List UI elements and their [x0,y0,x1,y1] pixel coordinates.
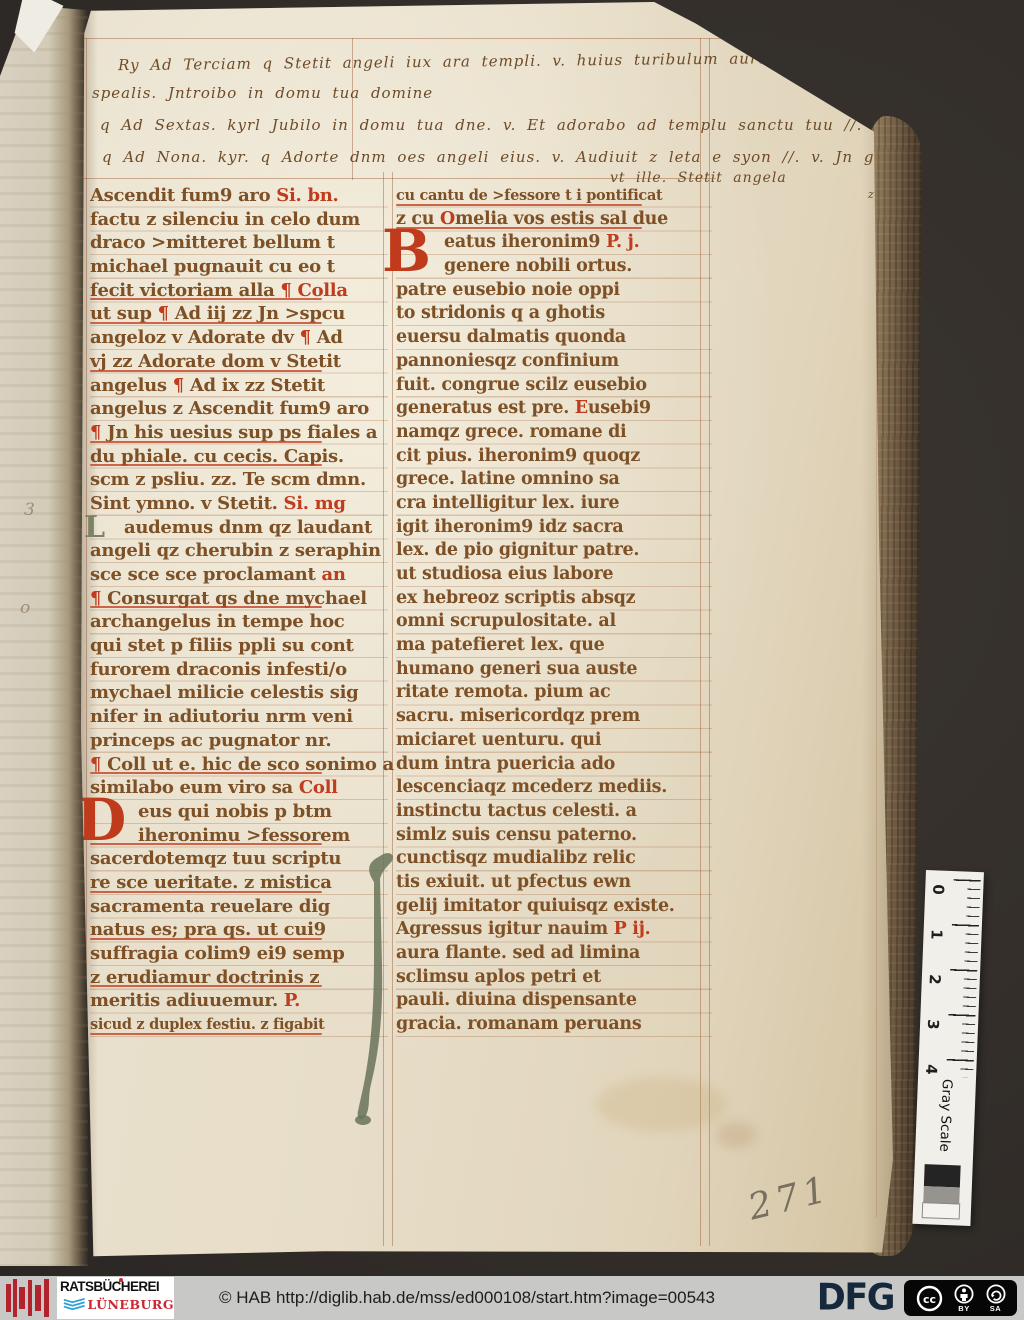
text-line: sacramenta reuelare dig [90,895,388,919]
text-line: genere nobili ortus. [396,255,712,279]
umlaut-red-dot [119,1278,123,1282]
text-line: natus es; pra qs. ut cui9 [90,918,388,942]
ruler-number: 1 [927,925,946,944]
text-line: cra intelligitur lex. iure [396,492,712,516]
facing-page-sliver [0,0,88,1266]
text-line: simlz suis censu paterno. [396,824,712,848]
gray-swatch [923,1203,960,1218]
text-line: dum intra puericia ado [396,753,712,777]
ruler-number: 0 [929,880,948,899]
gray-swatch [924,1164,961,1187]
ratsbuecherei-logo: RATSBÜCHEREI LÜNEBURG [57,1277,174,1319]
grayscale-reference-card: 01234 Gray Scale [912,870,984,1226]
text-line: ex hebreoz scriptis absqz [396,587,712,611]
text-line: nifer in adiutoriu nrm veni [90,705,388,729]
text-line: vj zz Adorate dom v Stetit [90,350,388,374]
text-line: namqz grece. romane di [396,421,712,445]
text-line: miciaret uenturu. qui [396,729,712,753]
text-line: scm z psliu. zz. Te scm dmn. [90,468,388,492]
text-line: Beatus iheronim9 P. j. [396,231,712,255]
text-line: ut studiosa eius labore [396,563,712,587]
text-line: similabo eum viro sa Coll [90,776,388,800]
cc-sa-icon: SA [986,1284,1006,1313]
text-line: Ascendit fum9 aro Si. bn. [90,184,388,208]
pen-flourish-descender-icon [352,848,398,1133]
text-line: angeloz v Adorate dv ¶ Ad [90,326,388,350]
ruler-number: 2 [925,970,944,989]
grayscale-swatches [923,1164,961,1218]
text-line: qui stet p filiis ppli su cont [90,634,388,658]
text-line: ritate remota. pium ac [396,681,712,705]
text-line: ¶ Coll ut e. hic de sco sonimo a [90,753,388,777]
text-line: instinctu tactus celesti. a [396,800,712,824]
text-column-left: Ascendit fum9 aro Si. bn.factu z silenci… [90,184,388,1037]
ruling-line [82,38,882,39]
text-line: angelus z Ascendit fum9 aro [90,397,388,421]
text-line: generatus est pre. Eusebi9 [396,397,712,421]
manuscript-page: Ry Ad Terciam q Stetit angeli iux ara te… [76,2,902,1260]
text-line: meritis adiuuemur. P. [90,989,388,1013]
text-line: sce sce sce proclamant an [90,563,388,587]
text-line: princeps ac pugnator nr. [90,729,388,753]
text-line: pauli. diuina dispensante [396,989,712,1013]
text-line: angeli qz cherubin z seraphin [90,539,388,563]
digitized-manuscript-photo: Ry Ad Terciam q Stetit angeli iux ara te… [0,0,1024,1320]
text-line: tis exiuit. ut pfectus ewn [396,871,712,895]
header-line: Ry Ad Terciam q Stetit angeli iux ara te… [118,48,911,74]
text-line: fecit victoriam alla ¶ Colla [90,279,388,303]
text-line: grece. latine omnino sa [396,468,712,492]
grayscale-label: Gray Scale [936,1079,955,1152]
text-line: draco >mitteret bellum t [90,231,388,255]
ruler-number: 3 [924,1015,943,1034]
text-line: igit iheronim9 idz sacra [396,516,712,540]
text-line: ut sup ¶ Ad iij zz Jn >spcu [90,302,388,326]
illuminated-initial: L [84,513,105,543]
text-line: to stridonis q a ghotis [396,302,712,326]
text-line: aura flante. sed ad limina [396,942,712,966]
text-line: archangelus in tempe hoc [90,610,388,634]
text-line: ma patefieret lex. que [396,634,712,658]
text-line: lescenciaqz mcederz mediis. [396,776,712,800]
text-line: Deus qui nobis p btm [90,800,388,824]
text-line: michael pugnauit cu eo t [90,255,388,279]
text-line: sicud z duplex festiu. z figabit [90,1013,388,1037]
text-line: gracia. romanam peruans [396,1013,712,1037]
text-line: Agressus igitur nauim P ij. [396,918,712,942]
text-line: angelus ¶ Ad ix zz Stetit [90,374,388,398]
text-line: patre eusebio noie oppi [396,279,712,303]
cc-icon: cc [916,1285,943,1312]
text-line: z cu Omelia vos estis sal due [396,208,712,232]
header-line: spealis. Jntroibo in domu tua domine [92,84,433,102]
text-line: humano generi sua auste [396,658,712,682]
text-line: iheronimu >fessorem [90,824,388,848]
text-line: ¶ Jn his uesius sup ps fiales a [90,421,388,445]
text-line: sacerdotemqz tuu scriptu [90,847,388,871]
text-line: euersu dalmatis quonda [396,326,712,350]
svg-text:cc: cc [922,1293,935,1306]
parchment-stain [716,1122,756,1148]
text-line: Laudemus dnm qz laudant [90,516,388,540]
cc-license-badge: cc BY SA [904,1280,1017,1316]
text-line: sacru. misericordqz prem [396,705,712,729]
text-line: furorem draconis infesti/o [90,658,388,682]
organ-pipes-icon [5,1278,55,1318]
text-line: suffragia colim9 ei9 semp [90,942,388,966]
text-line: du phiale. cu cecis. Capis. [90,445,388,469]
text-line: cu cantu de >fessore t i pontificat [396,184,712,208]
text-line: omni scrupulositate. al [396,610,712,634]
open-book-icon [63,1295,86,1313]
margin-pen-mark: 3 [24,500,35,520]
liturgical-header: Ry Ad Terciam q Stetit angeli iux ara te… [90,46,890,196]
library-name: RATSBÜCHEREI [57,1277,174,1294]
ruler-major-ticks [946,879,981,1079]
text-line: gelij imitator quiuisqz existe. [396,895,712,919]
text-line: ¶ Consurgat qs dne mychael [90,587,388,611]
text-line: re sce ueritate. z mistica [90,871,388,895]
text-line: sclimsu aplos petri et [396,966,712,990]
attribution-text: © HAB http://diglib.hab.de/mss/ed000108/… [190,1276,744,1320]
margin-pen-mark: o [20,598,30,618]
text-line: factu z silenciu in celo dum [90,208,388,232]
footer-bar: RATSBÜCHEREI LÜNEBURG © HAB http://digli… [0,1276,1024,1320]
folio-number-pencil: 271 [744,1168,835,1228]
text-column-right: cu cantu de >fessore t i pontificatz cu … [396,184,712,1037]
text-line: z erudiamur doctrinis z [90,966,388,990]
text-line: cunctisqz mudialibz relic [396,847,712,871]
ruler-numbers: 01234 [926,870,984,872]
gray-swatch [923,1186,960,1204]
text-line: lex. de pio gignitur patre. [396,539,712,563]
text-line: fuit. congrue scilz eusebio [396,374,712,398]
text-line: pannoniesqz confinium [396,350,712,374]
text-line: Sint ymno. v Stetit. Si. mg [90,492,388,516]
parchment-stain [596,1077,726,1132]
text-line: mychael milicie celestis sig [90,681,388,705]
dfg-logo: DFG [817,1277,894,1319]
ruler-number: 4 [922,1060,941,1079]
cc-by-icon: BY [954,1284,974,1313]
text-line: cit pius. iheronim9 quoqz [396,445,712,469]
library-city: LÜNEBURG [88,1297,175,1312]
